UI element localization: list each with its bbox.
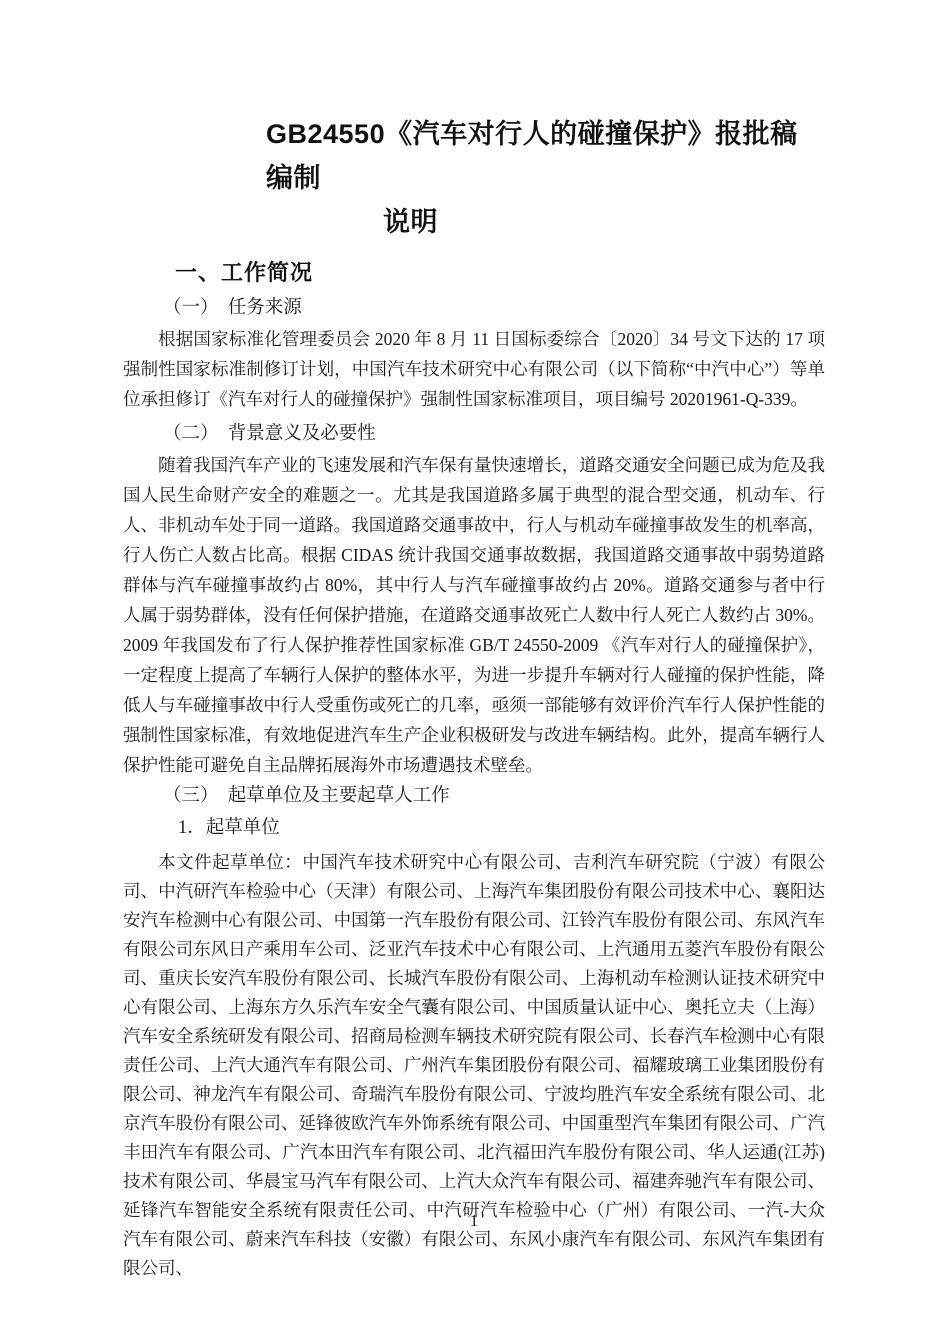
subsection-heading-drafting-units: （三） 起草单位及主要起草人工作 <box>163 780 825 812</box>
document-page: GB24550《汽车对行人的碰撞保护》报批稿编制 说明 一、工作简况 （一） 任… <box>0 0 950 1344</box>
section-heading-work-overview: 一、工作简况 <box>175 254 825 292</box>
page-number: 1 <box>123 1206 825 1236</box>
subsection-heading-task-source: （一） 任务来源 <box>163 292 825 324</box>
document-content: GB24550《汽车对行人的碰撞保护》报批稿编制 说明 一、工作简况 （一） 任… <box>0 0 950 1283</box>
subsection-heading-background: （二） 背景意义及必要性 <box>163 418 825 450</box>
document-title-line1: GB24550《汽车对行人的碰撞保护》报批稿编制 <box>123 112 825 200</box>
paragraph-background-significance: 随着我国汽车产业的飞速发展和汽车保有量快速增长，道路交通安全问题已成为危及我国人… <box>123 450 825 780</box>
paragraph-task-source: 根据国家标准化管理委员会 2020 年 8 月 11 日国标委综合〔2020〕3… <box>123 324 825 414</box>
document-title: GB24550《汽车对行人的碰撞保护》报批稿编制 说明 <box>123 112 825 244</box>
document-title-line2: 说明 <box>123 200 825 244</box>
subsubsection-heading-drafting-unit: 1．起草单位 <box>178 812 825 844</box>
